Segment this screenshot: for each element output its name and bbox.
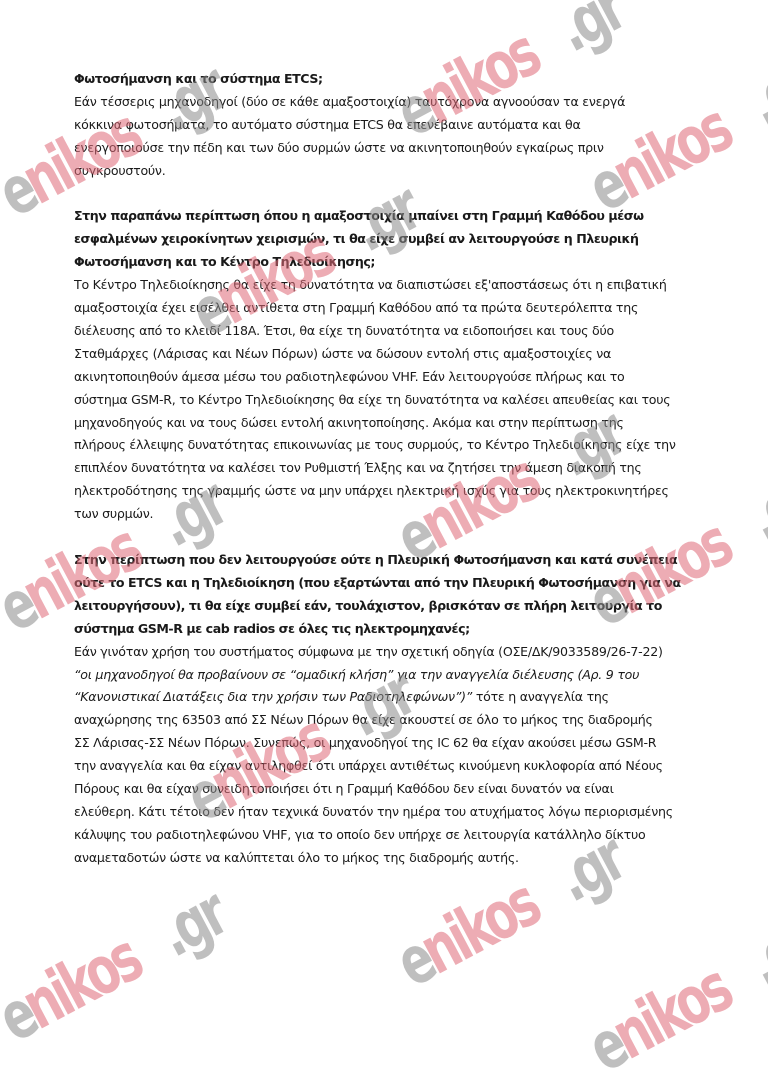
paragraph-line: Εάν τέσσερις μηχανοδηγοί (δύο σε κάθε αμ… [74,91,714,114]
paragraph-line: σύστημα GSM-R, το Κέντρο Τηλεδιοίκησης θ… [74,389,714,412]
paragraph-line: Σταθμάρχες (Λάρισας και Νέων Πόρων) ώστε… [74,343,714,366]
paragraph-line: ακινητοποιηθούν άμεσα μέσω του ραδιοτηλε… [74,366,714,389]
paragraph-line: αμαξοστοιχία έχει εισέλθει αντίθετα στη … [74,297,714,320]
paragraph-gap [74,526,714,549]
section-heading: λειτουργήσουν), τι θα είχε συμβεί εάν, τ… [74,595,714,618]
paragraph-line: ελεύθερη. Κάτι τέτοιο δεν ήταν τεχνικά δ… [74,801,714,824]
section-heading: ούτε το ETCS και η Τηλεδιοίκηση (που εξα… [74,572,714,595]
paragraph-line: ενεργοποιούσε την πέδη και των δύο συρμώ… [74,137,714,160]
paragraph-gap [74,183,714,206]
paragraph-line: Πόρους και θα είχαν συνειδητοποιήσει ότι… [74,778,714,801]
section-heading: Στην παραπάνω περίπτωση όπου η αμαξοστοι… [74,205,714,228]
paragraph-line: Το Κέντρο Τηλεδιοίκησης θα είχε τη δυνατ… [74,274,714,297]
paragraph-line: αναμεταδοτών ώστε να καλύπτεται όλο το μ… [74,847,714,870]
paragraph-line: ηλεκτροδότησης της γραμμής ώστε να μην υ… [74,480,714,503]
quoted-directive-line: “οι μηχανοδηγοί θα προβαίνουν σε “ομαδικ… [74,664,714,687]
section-heading: σύστημα GSM-R με cab radios σε όλες τις … [74,618,714,641]
section-telecontrol: Στην παραπάνω περίπτωση όπου η αμαξοστοι… [74,205,714,526]
paragraph-line: ΣΣ Λάρισας-ΣΣ Νέων Πόρων. Συνεπώς, οι μη… [74,732,714,755]
paragraph-text: τότε η αναγγελία της [472,689,609,704]
section-heading: Φωτοσήμανση και το σύστημα ETCS; [74,68,714,91]
watermark-logo: enikos.gr [0,869,248,1057]
section-gsmr: Στην περίπτωση που δεν λειτουργούσε ούτε… [74,549,714,870]
section-heading: Φωτοσήμανση και το Κέντρο Τηλεδιοίκησης; [74,251,714,274]
section-etcs: Φωτοσήμανση και το σύστημα ETCS; Εάν τέσ… [74,68,714,183]
document-page: Φωτοσήμανση και το σύστημα ETCS; Εάν τέσ… [74,68,714,870]
paragraph-line: των συρμών. [74,503,714,526]
paragraph-line: μηχανοδηγούς και να τους δώσει εντολή ακ… [74,412,714,435]
paragraph-line: κόκκινα φωτοσήματα, το αυτόματο σύστημα … [74,114,714,137]
section-heading: εσφαλμένων χειροκίνητων χειρισμών, τι θα… [74,228,714,251]
paragraph-line: πλήρους έλλειψης δυνατότητας επικοινωνία… [74,434,714,457]
paragraph-line: συγκρουστούν. [74,160,714,183]
watermark-logo: enikos.gr [576,899,768,1087]
paragraph-line: την αναγγελία και θα είχαν αντιληφθεί ότ… [74,755,714,778]
paragraph-line: αναχώρησης της 63503 από ΣΣ Νέων Πόρων θ… [74,709,714,732]
paragraph-line: διέλευσης από το κλειδί 118Α. Έτσι, θα ε… [74,320,714,343]
paragraph-line: Εάν γινόταν χρήση του συστήματος σύμφωνα… [74,641,714,664]
quoted-directive-line: “Κανονιστικαί Διατάξεις δια την χρήσιν τ… [74,689,472,704]
mixed-line: “Κανονιστικαί Διατάξεις δια την χρήσιν τ… [74,686,714,709]
paragraph-line: κάλυψης του ραδιοτηλεφώνου VHF, για το ο… [74,824,714,847]
paragraph-line: επιπλέον δυνατότητα να καλέσει τον Ρυθμι… [74,457,714,480]
section-heading: Στην περίπτωση που δεν λειτουργούσε ούτε… [74,549,714,572]
